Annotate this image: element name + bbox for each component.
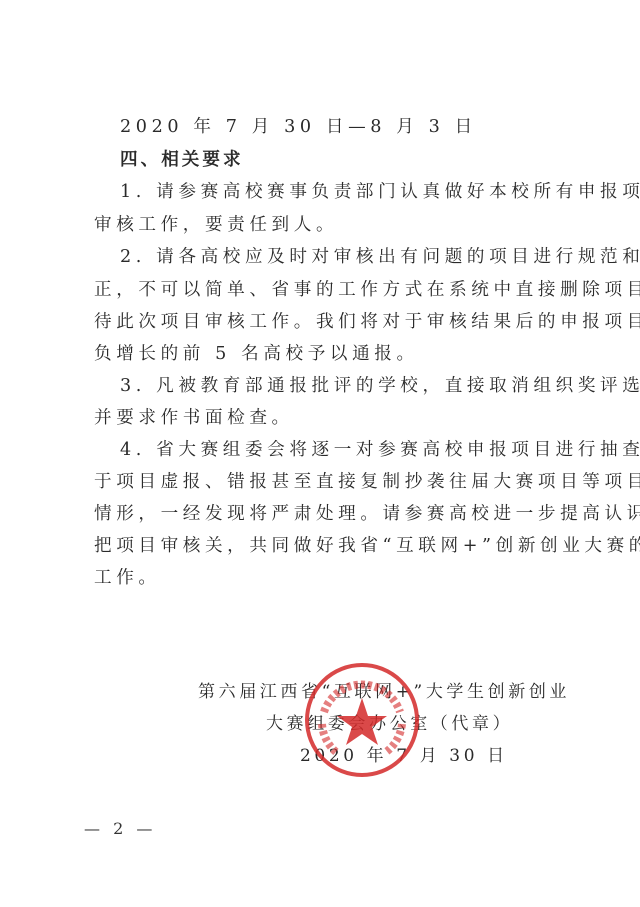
signature-office: 大赛组委会办公室（代章） [266, 712, 513, 736]
paragraph-line: 并要求作书面检查。 [94, 406, 294, 430]
paragraph-line: 待此次项目审核工作。我们将对于审核结果后的申报项目数呈 [94, 310, 640, 334]
paragraph-line: 工作。 [94, 566, 161, 590]
signature-org: 第六届江西省“互联网+”大学生创新创业 [198, 680, 570, 704]
paragraph-line: 负增长的前 5 名高校予以通报。 [94, 342, 419, 366]
paragraph-line: 2. 请各高校应及时对审核出有问题的项目进行规范和纠 [120, 245, 640, 269]
page-number: — 2 — [84, 819, 156, 838]
paragraph-line: 审核工作，要责任到人。 [94, 213, 338, 237]
paragraph-line: 1. 请参赛高校赛事负责部门认真做好本校所有申报项目的 [120, 180, 640, 204]
date-range: 2020 年 7 月 30 日—8 月 3 日 [120, 115, 477, 139]
paragraph-line: 正，不可以简单、省事的工作方式在系统中直接删除项目来对 [94, 278, 640, 302]
paragraph-line: 于项目虚报、错报甚至直接复制抄袭往届大赛项目等项目造假 [94, 470, 640, 494]
paragraph-line: 4. 省大赛组委会将逐一对参赛高校申报项目进行抽查，对 [120, 438, 640, 462]
signature-date: 2020 年 7 月 30 日 [300, 744, 508, 768]
paragraph-line: 3. 凡被教育部通报批评的学校，直接取消组织奖评选资格， [120, 374, 640, 398]
section-heading: 四、相关要求 [120, 148, 244, 172]
paragraph-line: 把项目审核关，共同做好我省“互联网+”创新创业大赛的各项 [94, 534, 640, 558]
paragraph-line: 情形，一经发现将严肃处理。请参赛高校进一步提高认识，严 [94, 502, 640, 526]
